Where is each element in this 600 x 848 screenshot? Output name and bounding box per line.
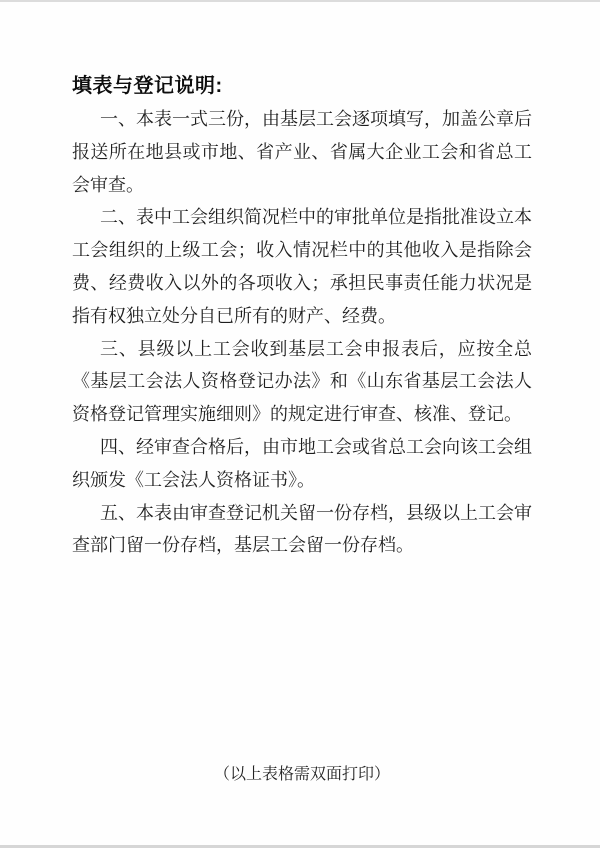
- instructions-paragraph-4: 四、经审查合格后，由市地工会或省总工会向该工会组织颁发《工会法人资格证书》。: [72, 431, 532, 497]
- instructions-paragraph-2: 二、表中工会组织简况栏中的审批单位是指批准设立本工会组织的上级工会；收入情况栏中…: [72, 201, 532, 332]
- instructions-paragraph-5: 五、本表由审查登记机关留一份存档，县级以上工会审查部门留一份存档，基层工会留一份…: [72, 497, 532, 563]
- document-content: 填表与登记说明: 一、本表一式三份，由基层工会逐项填写，加盖公章后报送所在地县或…: [72, 70, 532, 562]
- instructions-paragraph-1: 一、本表一式三份，由基层工会逐项填写，加盖公章后报送所在地县或市地、省产业、省属…: [72, 103, 532, 201]
- instructions-paragraph-3: 三、县级以上工会收到基层工会申报表后，应按全总《基层工会法人资格登记办法》和《山…: [72, 333, 532, 431]
- scanned-document-page: 填表与登记说明: 一、本表一式三份，由基层工会逐项填写，加盖公章后报送所在地县或…: [0, 0, 600, 848]
- page-title: 填表与登记说明:: [72, 70, 532, 103]
- scan-edge-top: [0, 0, 600, 2]
- footer-note: （以上表格需双面打印）: [72, 762, 532, 788]
